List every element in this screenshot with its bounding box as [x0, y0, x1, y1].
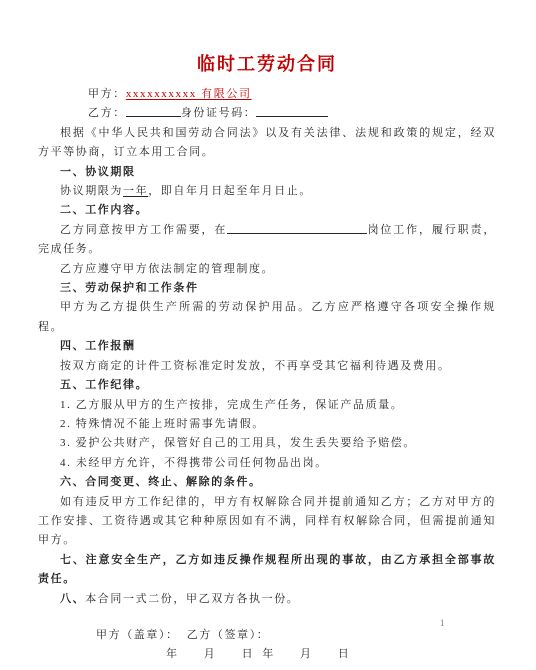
section-2-paragraph-2: 乙方应遵守甲方依法制定的管理制度。 [38, 260, 496, 279]
party-b-name-blank [126, 105, 181, 117]
party-b-sign-label: 乙方（签章）： [187, 629, 270, 641]
job-position-blank [227, 222, 367, 234]
contract-page: 临时工劳动合同 甲方：xxxxxxxxxx 有限公司 乙方：身份证号码： 根据《… [0, 0, 536, 670]
section-2-heading: 二、工作内容。 [38, 201, 496, 220]
section-5-heading: 五、工作纪律。 [38, 376, 496, 395]
id-number-blank [256, 105, 328, 117]
term-prefix: 协议期限为 [60, 185, 123, 197]
section-6-paragraph: 如有违反甲方工作纪律的，甲方有权解除合同并提前通知乙方；乙方对甲方的工作安排、工… [38, 493, 496, 551]
section-1-heading: 一、协议期限 [38, 163, 496, 182]
section-5-item-4: 4. 未经甲方允许，不得携带公司任何物品出岗。 [38, 454, 496, 473]
section-3-paragraph: 甲方为乙方提供生产所需的劳动保护用品。乙方应严格遵守各项安全操作规程。 [38, 298, 496, 337]
section-6-heading: 六、合同变更、终止、解除的条件。 [38, 473, 496, 492]
preamble-paragraph: 根据《中华人民共和国劳动合同法》以及有关法律、法规和政策的规定，经双方平等协商，… [38, 124, 496, 163]
section-5-item-2: 2. 特殊情况不能上班时需事先请假。 [38, 415, 496, 434]
section-8-line: 八、本合同一式二份，甲乙双方各执一份。 [38, 590, 496, 609]
party-a-line: 甲方：xxxxxxxxxx 有限公司 [38, 85, 496, 104]
date-party-b: 年 月 日 [262, 648, 350, 660]
section-4-paragraph: 按双方商定的计件工资标准定时发放，不再享受其它福利待遇及费用。 [38, 357, 496, 376]
page-number: 1 [440, 618, 445, 628]
section-7-heading: 七、注意安全生产，乙方如违反操作规程所出现的事故，由乙方承担全部事故责任。 [38, 551, 496, 590]
date-party-a: 年 月 日 [166, 648, 254, 660]
section-2-job-line: 乙方同意按甲方工作需要，在岗位工作，履行职责，完成任务。 [38, 221, 496, 260]
section-5-item-3: 3. 爱护公共财产，保管好自己的工用具，发生丢失要给予赔偿。 [38, 434, 496, 453]
section-8-text: 本合同一式二份，甲乙双方各执一份。 [85, 593, 299, 605]
signature-dates-line: 年 月 日年 月 日 [38, 645, 496, 664]
section-4-heading: 四、工作报酬 [38, 337, 496, 356]
signature-labels-line: 甲方（盖章）：乙方（签章）： [38, 626, 496, 645]
id-number-label: 身份证号码： [181, 107, 257, 119]
section-5-item-1: 1. 乙方服从甲方的生产按排，完成生产任务，保证产品质量。 [38, 396, 496, 415]
party-a-seal-label: 甲方（盖章）： [96, 629, 179, 641]
section-1-term-line: 协议期限为一年，即自年月日起至年月日止。 [38, 182, 496, 201]
job-line-before: 乙方同意按甲方工作需要，在 [60, 224, 227, 236]
section-8-number: 八、 [60, 593, 85, 605]
party-b-label: 乙方： [88, 107, 126, 119]
party-b-line: 乙方：身份证号码： [38, 104, 496, 123]
term-duration-underlined: 一年 [123, 185, 148, 197]
party-a-company-name: xxxxxxxxxx 有限公司 [126, 88, 252, 100]
document-title: 临时工劳动合同 [38, 52, 496, 76]
term-suffix: ，即自年月日起至年月日止。 [148, 185, 312, 197]
section-3-heading: 三、劳动保护和工作条件 [38, 279, 496, 298]
party-a-label: 甲方： [88, 88, 126, 100]
